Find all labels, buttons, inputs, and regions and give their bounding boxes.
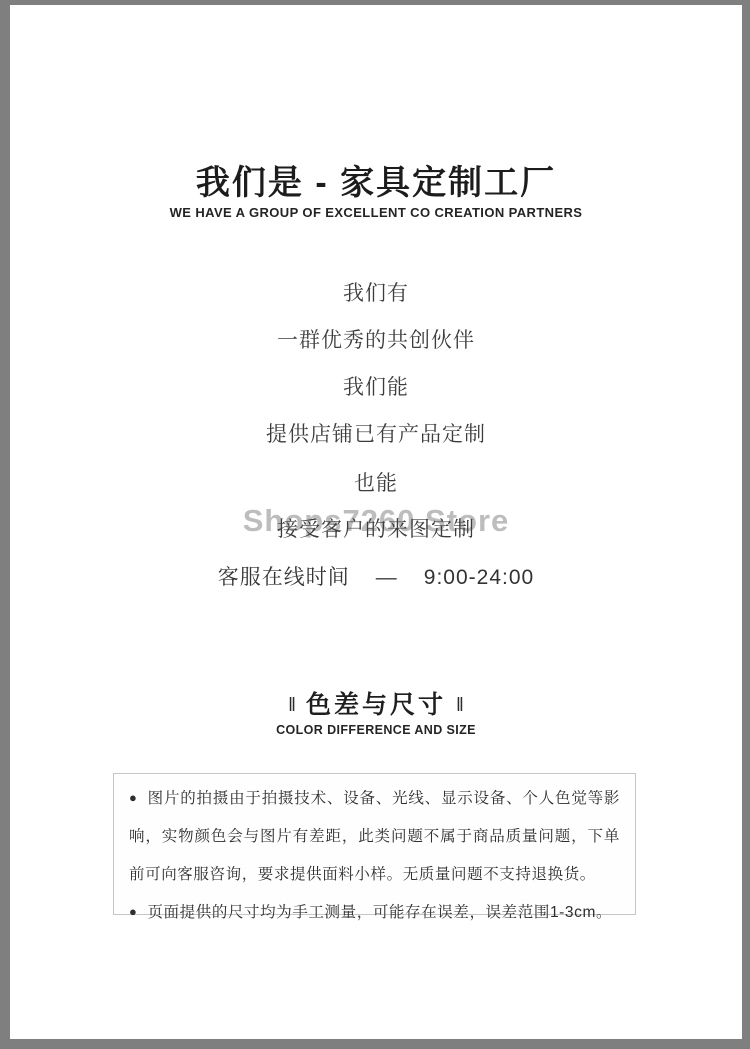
section-subtitle-en: COLOR DIFFERENCE AND SIZE [10, 723, 742, 737]
service-hours-value: 9:00-24:00 [424, 566, 534, 589]
service-dash: — [376, 566, 398, 590]
service-hours-line: 客服在线时间—9:00-24:00 [10, 561, 742, 591]
notice-item-text: 图片的拍摄由于拍摄技术、设备、光线、显示设备、个人色觉等影响，实物颜色会与图片有… [129, 790, 620, 883]
section-title: 色差与尺寸 [306, 691, 446, 719]
intro-line: 接受客户的来图定制 [10, 513, 742, 543]
intro-line: 也能 [10, 467, 742, 497]
intro-line: 我们能 [10, 371, 742, 401]
page-title: 我们是 - 家具定制工厂 [10, 155, 742, 204]
notice-item: ●图片的拍摄由于拍摄技术、设备、光线、显示设备、个人色觉等影响，实物颜色会与图片… [129, 780, 620, 894]
page-frame: 我们是 - 家具定制工厂 WE HAVE A GROUP OF EXCELLEN… [0, 0, 750, 1049]
notice-item: ●页面提供的尺寸均为手工测量，可能存在误差，误差范围1-3cm。 [129, 894, 620, 932]
section-decor-left: ‖ [288, 695, 296, 716]
page-subtitle-en: WE HAVE A GROUP OF EXCELLENT CO CREATION… [10, 205, 742, 220]
intro-line: 提供店铺已有产品定制 [10, 418, 742, 448]
section-heading: ‖色差与尺寸‖ [10, 685, 742, 721]
bullet-icon: ● [129, 790, 138, 805]
notice-item-text: 页面提供的尺寸均为手工测量，可能存在误差，误差范围1-3cm。 [147, 904, 612, 921]
intro-line: 我们有 [10, 277, 742, 307]
bullet-icon: ● [129, 904, 137, 919]
notice-box: ●图片的拍摄由于拍摄技术、设备、光线、显示设备、个人色觉等影响，实物颜色会与图片… [113, 773, 636, 915]
service-hours-label: 客服在线时间 [218, 566, 350, 589]
section-decor-right: ‖ [456, 695, 464, 716]
intro-line: 一群优秀的共创伙伴 [10, 324, 742, 354]
